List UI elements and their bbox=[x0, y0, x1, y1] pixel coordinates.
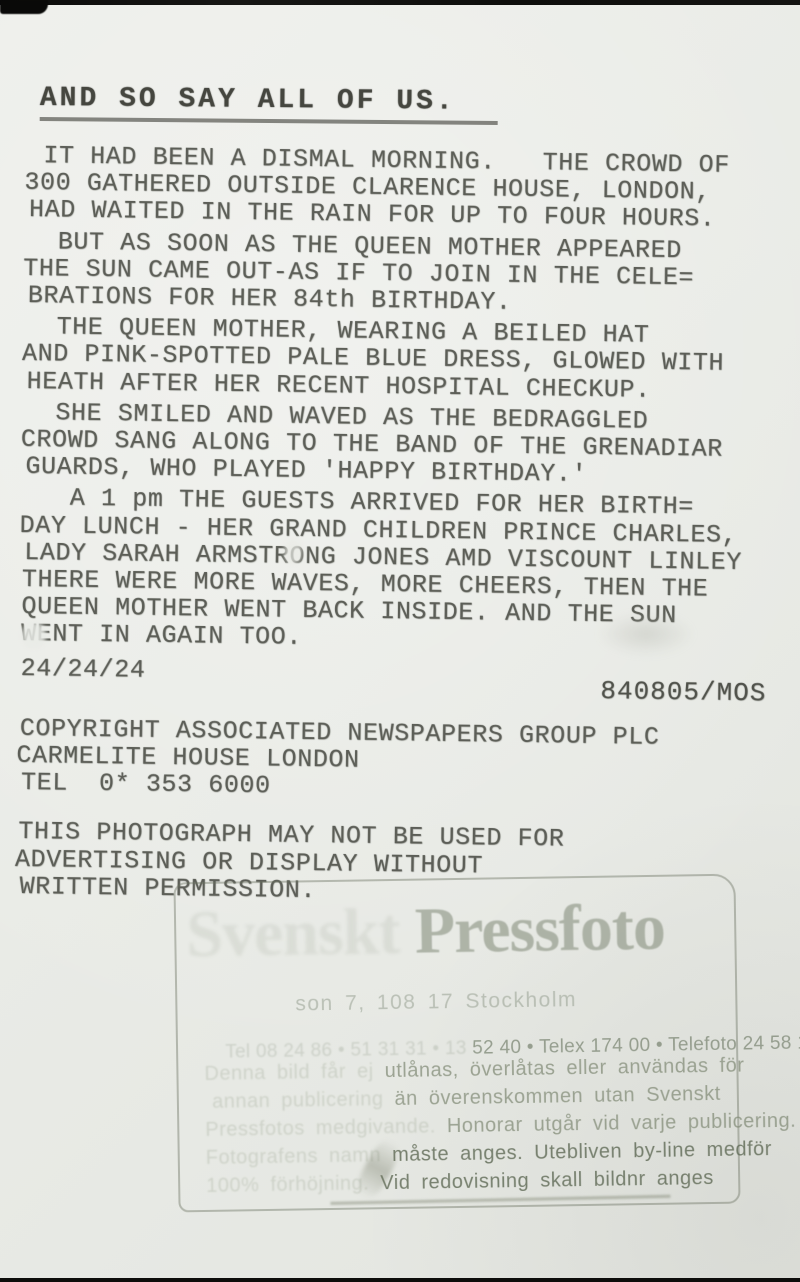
terms-visible: måste anges. Utebliven by-line medför bbox=[381, 1138, 772, 1166]
faded-character-overlay bbox=[22, 622, 46, 648]
stamp-logo-word: Pressfoto bbox=[414, 891, 665, 968]
typed-caption-block: IT HAD BEEN A DISMAL MORNING. THE CROWD … bbox=[17, 142, 772, 914]
terms-faint: Denna bild får ej bbox=[204, 1060, 373, 1085]
scan-edge-bottom bbox=[0, 1278, 800, 1282]
terms-faint: 100% förhöjning. bbox=[206, 1172, 369, 1197]
photo-back-paper: AND SO SAY ALL OF US. IT HAD BEEN A DISM… bbox=[0, 0, 800, 1282]
stamp-logo: Svenskt Pressfoto bbox=[186, 893, 666, 971]
agency-stamp: Svenskt Pressfoto son 7, 108 17 Stockhol… bbox=[173, 874, 740, 1213]
terms-visible: Honorar utgår vid varje publicering. bbox=[436, 1110, 797, 1138]
terms-faint: Pressfotos medgivande. bbox=[205, 1115, 436, 1141]
caption-paragraph-2: BUT AS SOON AS THE QUEEN MOTHER APPEARED… bbox=[26, 228, 771, 320]
terms-visible: utlånas, överlåtas eller användas för bbox=[373, 1054, 744, 1082]
terms-faint: annan publicering bbox=[212, 1088, 384, 1113]
ink-smudge bbox=[598, 612, 694, 656]
stamp-address-line: son 7, 108 17 Stockholm bbox=[295, 988, 577, 1016]
stamp-terms-block: Denna bild får ej utlånas, överlåtas ell… bbox=[204, 1052, 722, 1200]
faded-character-overlay bbox=[284, 540, 302, 564]
terms-visible: än överenskommen utan Svenskt bbox=[383, 1083, 721, 1110]
terms-faint: Fotografens namn bbox=[206, 1144, 382, 1169]
photo-reference-number: 840805/MOS bbox=[600, 678, 766, 708]
scan-corner-mark bbox=[0, 0, 48, 14]
terms-visible: Vid redovisning skall bildnr anges bbox=[369, 1167, 714, 1194]
caption-paragraph-4: SHE SMILED AND WAVED AS THE BEDRAGGLED C… bbox=[23, 399, 768, 491]
copyright-block: COPYRIGHT ASSOCIATED NEWSPAPERS GROUP PL… bbox=[19, 715, 764, 807]
caption-title: AND SO SAY ALL OF US. bbox=[40, 84, 498, 125]
scan-edge-top bbox=[0, 0, 800, 5]
stamp-logo-word-faint: Svenskt bbox=[186, 895, 400, 971]
caption-paragraph-3: THE QUEEN MOTHER, WEARING A BEILED HAT A… bbox=[24, 313, 769, 405]
caption-paragraph-1: IT HAD BEEN A DISMAL MORNING. THE CROWD … bbox=[27, 142, 772, 234]
